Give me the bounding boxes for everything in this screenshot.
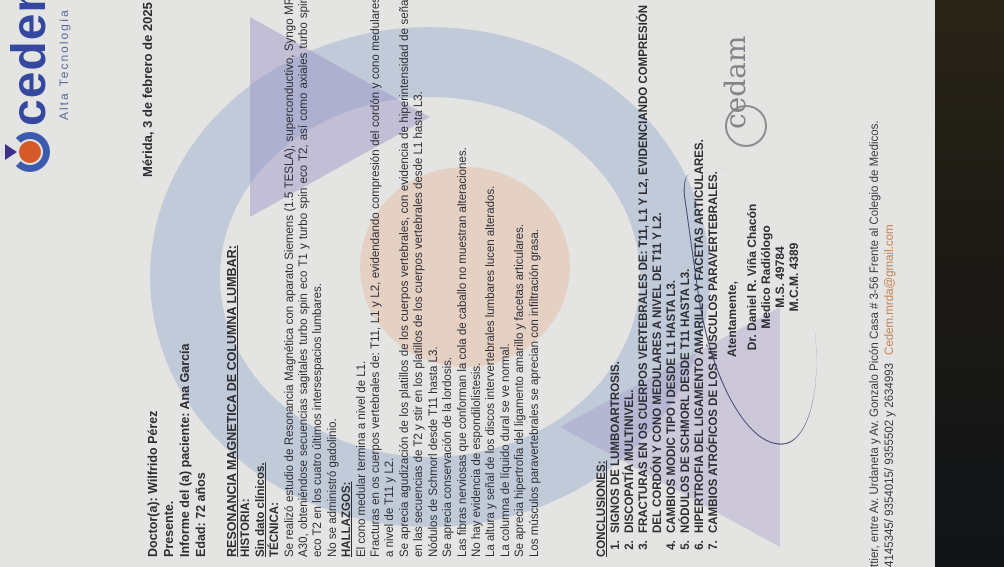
logo-dot-icon <box>19 141 41 163</box>
clinic-logo: cedem Alta Tecnología <box>2 2 92 172</box>
historia-label: HISTORIA: <box>239 0 253 557</box>
finding: El cono medular termina a nivel de L1. <box>355 0 369 557</box>
clinic-name: cedem <box>2 0 58 126</box>
clinic-stamp: cedam <box>715 7 775 147</box>
finding: La altura y señal de los discos interver… <box>484 0 498 557</box>
report-date: Mérida, 3 de febrero de 2025 <box>140 2 155 177</box>
doctor-line: Doctor(a): Wilfrido Pérez <box>145 344 161 557</box>
conclusion-item: FRACTURAS EN OS CUERPOS VERTEBRALES DE: … <box>637 0 665 537</box>
conclusion-item: SIGNOS DE LUMBOARTROSIS. <box>609 0 623 537</box>
stamp-text: cedam <box>719 36 752 129</box>
finding: Se aprecia agudización de los platillos … <box>398 0 427 557</box>
finding: Las fibras nerviosas que conforman la co… <box>456 0 470 557</box>
conclusions-label: CONCLUSIONES: <box>595 0 609 557</box>
patient-line: Informe del (a) paciente: Ana García <box>177 344 193 557</box>
signature-block: Dr. Daniel R. Viña Chacón Medico Radiólo… <box>745 167 801 387</box>
finding: Se aprecia conservación de la lordosis. <box>441 0 455 557</box>
report-title: RESONANCIA MAGNETICA DE COLUMNA LUMBAR: <box>225 0 239 557</box>
age-line: Edad: 72 años <box>193 344 209 557</box>
page-footer: ttier, entre Av. Urdaneta y Av. Gonzalo … <box>868 0 898 567</box>
historia-value: Sin dato clínicos. <box>254 0 268 557</box>
finding: Los músculos paravertebrales se aprecian… <box>528 0 542 557</box>
report-page: cedem Alta Tecnología Mérida, 3 de febre… <box>0 0 935 567</box>
table-surface <box>935 0 1004 567</box>
tecnica-label: TÉCNICA: <box>268 0 282 557</box>
footer-phones: 4145345/ 9354015/ 9355502 y 2634993 <box>884 363 896 567</box>
report-body: RESONANCIA MAGNETICA DE COLUMNA LUMBAR: … <box>225 0 542 557</box>
finding: No hay evidencia de espondilolistesis. <box>470 0 484 557</box>
finding: Se aprecia hipertrofia del ligamento ama… <box>513 0 527 557</box>
mcm-number: M.C.M. 4389 <box>787 167 801 387</box>
footer-address: ttier, entre Av. Urdaneta y Av. Gonzalo … <box>868 0 883 567</box>
conclusion-item: DISCOPATÍA MULTINIVEL. <box>623 0 637 537</box>
conclusion-item: CAMBIOS MODIC TIPO I DESDE L1 HASTA L3. <box>665 0 679 537</box>
footer-email: Cedem.mrda@gmail.com <box>884 224 896 355</box>
presente-line: Presente. <box>161 344 177 557</box>
logo-triangle-icon <box>5 144 17 160</box>
tecnica-text: Se realizó estudio de Resonancia Magnéti… <box>283 0 326 557</box>
finding: Fracturas en os cuerpos vertebrales de: … <box>369 0 398 557</box>
radiologist-name: Dr. Daniel R. Viña Chacón <box>745 167 759 387</box>
closing-text: Atentamente, <box>725 281 739 357</box>
clinic-tagline: Alta Tecnología <box>57 8 71 120</box>
tecnica-note: No se administró gadolinio. <box>326 0 340 557</box>
radiologist-role: Medico Radiólogo <box>759 167 773 387</box>
finding: Nódulos de Schmorl desde T11 hasta L3. <box>427 0 441 557</box>
ms-number: M.S. 49784 <box>773 167 787 387</box>
finding: La columna de líquido dural se ve normal… <box>499 0 513 557</box>
hallazgos-label: HALLAZGOS: <box>340 0 354 557</box>
conclusion-item: NÓDULOS DE SCHMORL DESDE T11 HASTA L3. <box>679 0 693 537</box>
report-header: Doctor(a): Wilfrido Pérez Presente. Info… <box>145 344 209 557</box>
